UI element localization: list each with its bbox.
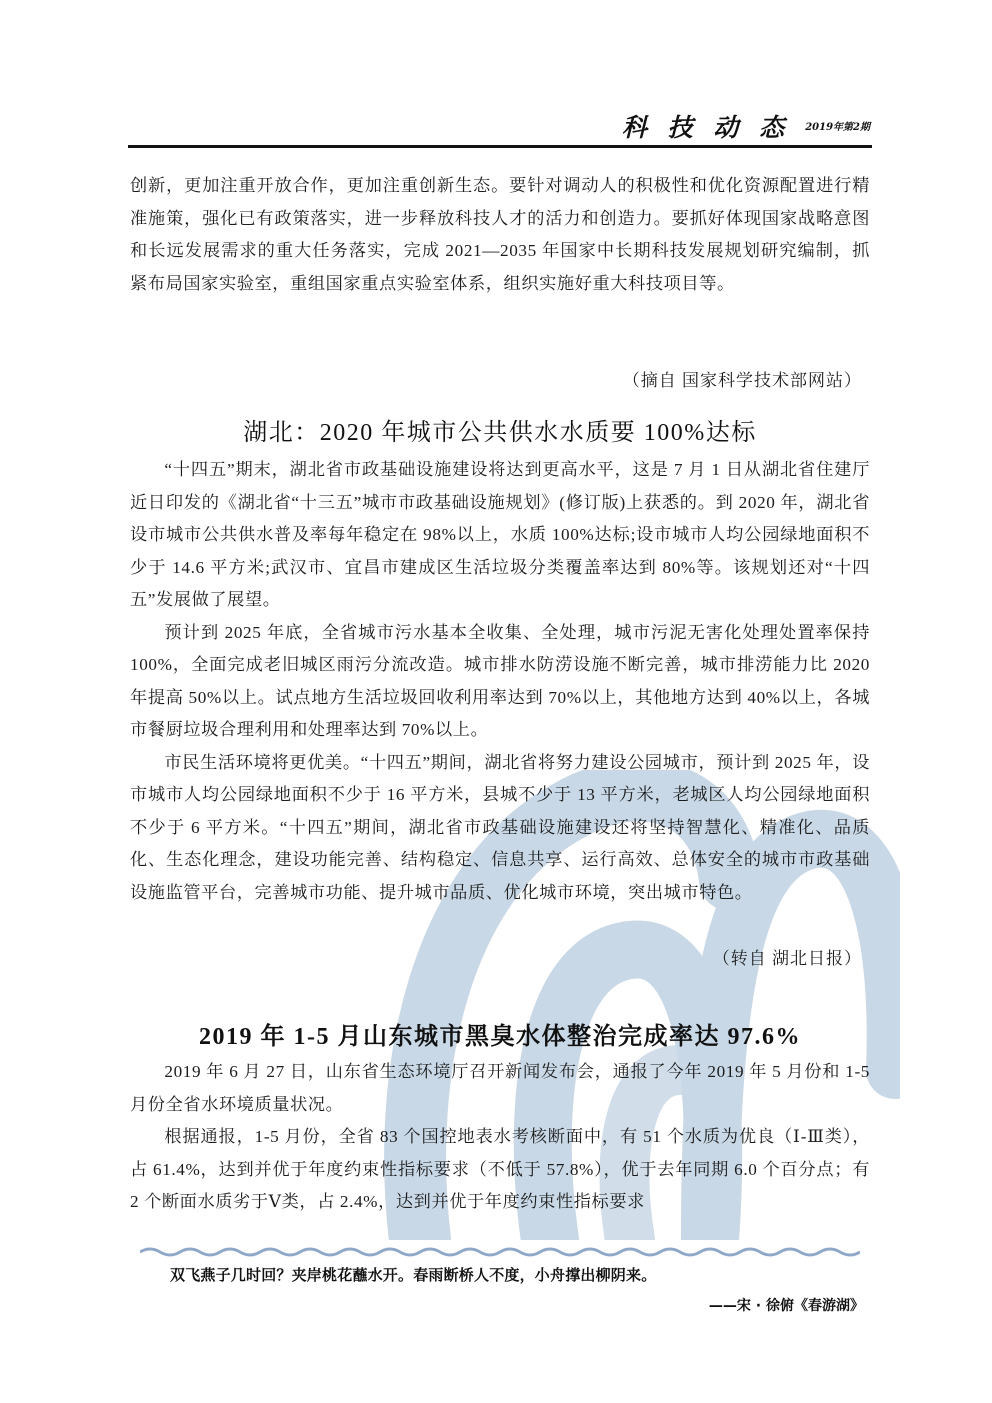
article-headline: 2019 年 1-5 月山东城市黑臭水体整治完成率达 97.6% — [130, 1016, 870, 1051]
paragraph: 创新，更加注重开放合作，更加注重创新生态。要针对调动人的积极性和优化资源配置进行… — [130, 170, 870, 300]
wave-divider-icon — [140, 1245, 860, 1257]
article-source: （摘自 国家科学技术部网站） — [623, 366, 862, 391]
article-body: 2019 年 6 月 27 日，山东省生态环境厅召开新闻发布会，通报了今年 20… — [130, 1056, 870, 1219]
footer-poem: 双飞燕子几时回？夹岸桃花蘸水开。春雨断桥人不度，小舟撑出柳阴来。 — [170, 1264, 656, 1285]
article-continuation: 创新，更加注重开放合作，更加注重创新生态。要针对调动人的积极性和优化资源配置进行… — [130, 170, 870, 300]
header-rule — [128, 145, 872, 148]
poem-citation: ——宋 · 徐俯《春游湖》 — [709, 1295, 864, 1315]
article-body: “十四五”期末，湖北省市政基础设施建设将达到更高水平，这是 7 月 1 日从湖北… — [130, 454, 870, 909]
page-header: 科 技 动 态 2019年第2期 — [128, 104, 872, 148]
paragraph: 2019 年 6 月 27 日，山东省生态环境厅召开新闻发布会，通报了今年 20… — [130, 1056, 870, 1121]
document-page: 科 技 动 态 2019年第2期 创新，更加注重开放合作，更加注重创新生态。要针… — [0, 0, 992, 1403]
paragraph: 根据通报，1-5 月份，全省 83 个国控地表水考核断面中，有 51 个水质为优… — [130, 1121, 870, 1219]
paragraph: 市民生活环境将更优美。“十四五”期间，湖北省将努力建设公园城市，预计到 2025… — [130, 747, 870, 910]
article-source: （转自 湖北日报） — [713, 944, 862, 969]
article-headline: 湖北：2020 年城市公共供水水质要 100%达标 — [130, 412, 870, 447]
paragraph: 预计到 2025 年底，全省城市污水基本全收集、全处理，城市污泥无害化处理处置率… — [130, 617, 870, 747]
paragraph: “十四五”期末，湖北省市政基础设施建设将达到更高水平，这是 7 月 1 日从湖北… — [130, 454, 870, 617]
issue-number: 2019年第2期 — [805, 118, 870, 133]
journal-title: 科 技 动 态 — [622, 108, 790, 144]
